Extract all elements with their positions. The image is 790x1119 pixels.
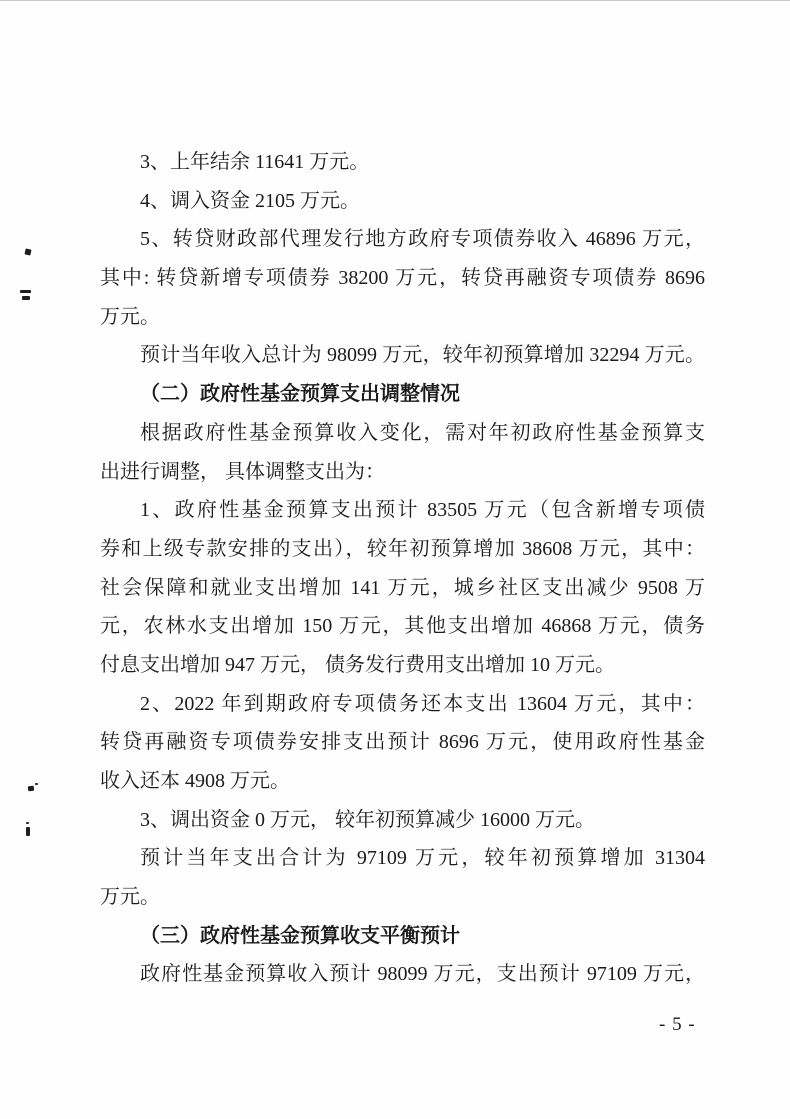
text-line: 付息支出增加 947 万元， 债务发行费用支出增加 10 万元。 xyxy=(100,646,705,685)
text-line: 4、调入资金 2105 万元。 xyxy=(100,182,705,221)
text-line: 政府性基金预算收入预计 98099 万元，支出预计 97109 万元， xyxy=(100,955,705,994)
text-line: 2、2022 年到期政府专项债务还本支出 13604 万元，其中： xyxy=(100,685,705,724)
ink-speck xyxy=(20,290,31,293)
ink-speck xyxy=(35,783,38,785)
ink-speck xyxy=(26,822,29,824)
text-line: 社会保障和就业支出增加 141 万元，城乡社区支出减少 9508 万 xyxy=(100,569,705,608)
text-line: 收入还本 4908 万元。 xyxy=(100,762,705,801)
document-body: 3、上年结余 11641 万元。 4、调入资金 2105 万元。 5、转贷财政部… xyxy=(100,143,705,994)
text-line: 转贷再融资专项债券安排支出预计 8696 万元，使用政府性基金 xyxy=(100,723,705,762)
section-heading: （二）政府性基金预算支出调整情况 xyxy=(100,375,705,414)
text-line: 预计当年支出合计为 97109 万元，较年初预算增加 31304 xyxy=(100,839,705,878)
text-line: 5、转贷财政部代理发行地方政府专项债券收入 46896 万元， xyxy=(100,220,705,259)
scan-edge-line xyxy=(0,0,790,1)
text-line: 3、调出资金 0 万元， 较年初预算减少 16000 万元。 xyxy=(100,801,705,840)
text-line: 其中: 转贷新增专项债券 38200 万元，转贷再融资专项债券 8696 xyxy=(100,259,705,298)
ink-speck xyxy=(26,827,30,836)
page-number: - 5 - xyxy=(659,1013,696,1037)
document-page: 3、上年结余 11641 万元。 4、调入资金 2105 万元。 5、转贷财政部… xyxy=(0,0,790,1119)
text-line: 出进行调整， 具体调整支出为： xyxy=(100,453,705,492)
ink-speck xyxy=(24,248,31,255)
ink-speck xyxy=(28,786,35,792)
section-heading: （三）政府性基金预算收支平衡预计 xyxy=(100,917,705,956)
text-line: 元，农林水支出增加 150 万元，其他支出增加 46868 万元，债务 xyxy=(100,607,705,646)
ink-speck xyxy=(22,296,30,300)
text-line: 1、政府性基金预算支出预计 83505 万元（包含新增专项债 xyxy=(100,491,705,530)
text-line: 3、上年结余 11641 万元。 xyxy=(100,143,705,182)
text-line: 万元。 xyxy=(100,878,705,917)
text-line: 预计当年收入总计为 98099 万元，较年初预算增加 32294 万元。 xyxy=(100,336,705,375)
text-line: 根据政府性基金预算收入变化，需对年初政府性基金预算支 xyxy=(100,414,705,453)
text-line: 券和上级专款安排的支出），较年初预算增加 38608 万元，其中： xyxy=(100,530,705,569)
text-line: 万元。 xyxy=(100,298,705,337)
